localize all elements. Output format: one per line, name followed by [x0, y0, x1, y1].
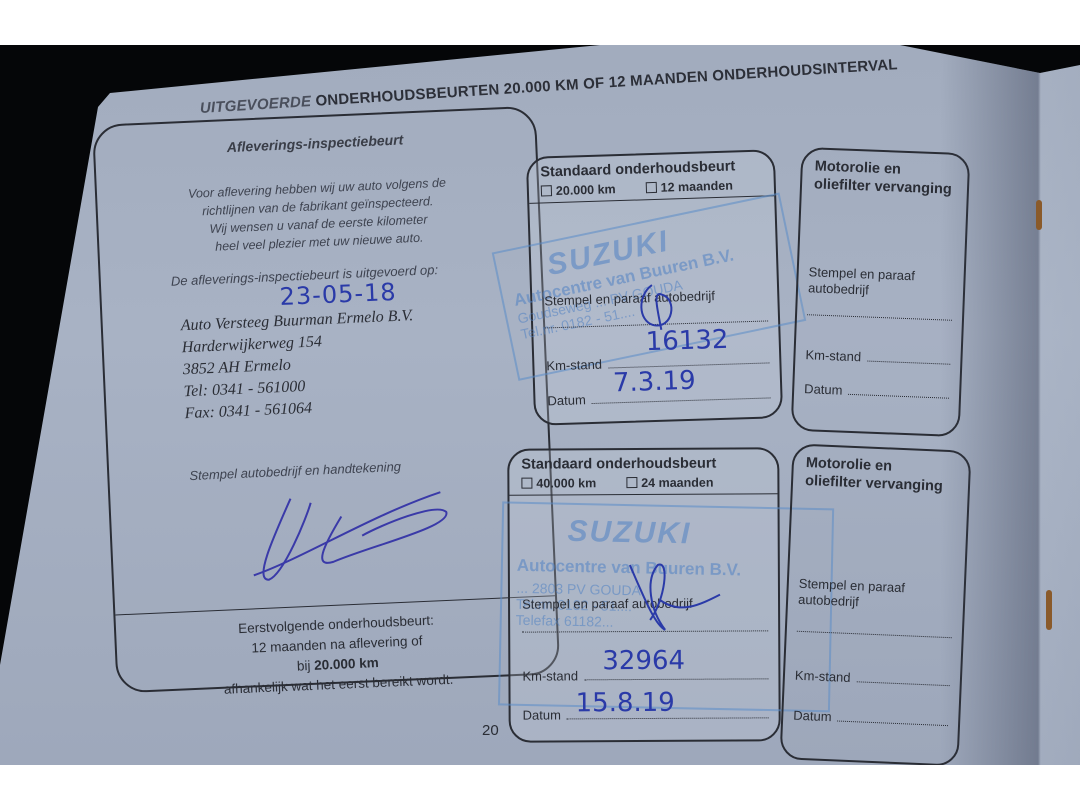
- rust-mark: [1046, 590, 1052, 630]
- page-heading: UITGEVOERDE ONDERHOUDSBEURTEN 20.000 KM …: [199, 52, 959, 117]
- standard-service-box-2: Standaard onderhoudsbeurt 40.000 km 24 m…: [507, 447, 781, 742]
- dealer-stamp: Auto Versteeg Buurman Ermelo B.V. Harder…: [180, 305, 417, 425]
- page-number: 20: [482, 722, 499, 739]
- standard-service-box-1: Standaard onderhoudsbeurt 20.000 km 12 m…: [526, 149, 783, 426]
- delivery-intro-text: Voor aflevering hebben wij uw auto volge…: [157, 172, 480, 258]
- km-value: 32964: [602, 646, 685, 676]
- oil-change-box-1: Motorolie en oliefilter vervanging Stemp…: [791, 147, 971, 437]
- months-option[interactable]: 12 maanden: [645, 178, 733, 195]
- stamp-field: Stempel en paraaf autobedrijf: [798, 576, 905, 612]
- date-value: 7.3.19: [613, 366, 697, 399]
- date-value: 15.8.19: [575, 688, 674, 719]
- delivery-inspection-box: Afleverings-inspectiebeurt Voor afleveri…: [92, 106, 560, 694]
- checkbox-icon[interactable]: [645, 182, 656, 193]
- oil-change-box-2: Motorolie en oliefilter vervanging Stemp…: [779, 443, 971, 765]
- rust-mark: [1036, 200, 1042, 230]
- date-field: Datum: [804, 381, 949, 402]
- km-field: Km-stand: [795, 668, 950, 689]
- signature-scribble: [210, 472, 455, 592]
- checkbox-icon[interactable]: [541, 185, 552, 196]
- months-option[interactable]: 24 maanden: [626, 476, 713, 490]
- initials-scribble: [632, 279, 684, 336]
- checkbox-icon[interactable]: [626, 477, 637, 488]
- delivery-inspection-title: Afleverings-inspectiebeurt: [95, 126, 535, 161]
- km-option[interactable]: 20.000 km: [541, 182, 616, 198]
- service-booklet-page: UITGEVOERDE ONDERHOUDSBEURTEN 20.000 KM …: [0, 45, 1080, 765]
- km-field: Km-stand: [805, 347, 950, 368]
- date-field: Datum: [793, 708, 948, 729]
- km-option[interactable]: 40.000 km: [521, 476, 596, 490]
- initials-scribble: [620, 560, 730, 636]
- stamp-field: Stempel en paraaf autobedrijf: [808, 264, 915, 300]
- checkbox-icon[interactable]: [521, 478, 532, 489]
- next-service-note: Eerstvolgende onderhoudsbeurt: 12 maande…: [116, 605, 559, 704]
- booklet-photo: UITGEVOERDE ONDERHOUDSBEURTEN 20.000 KM …: [0, 45, 1080, 765]
